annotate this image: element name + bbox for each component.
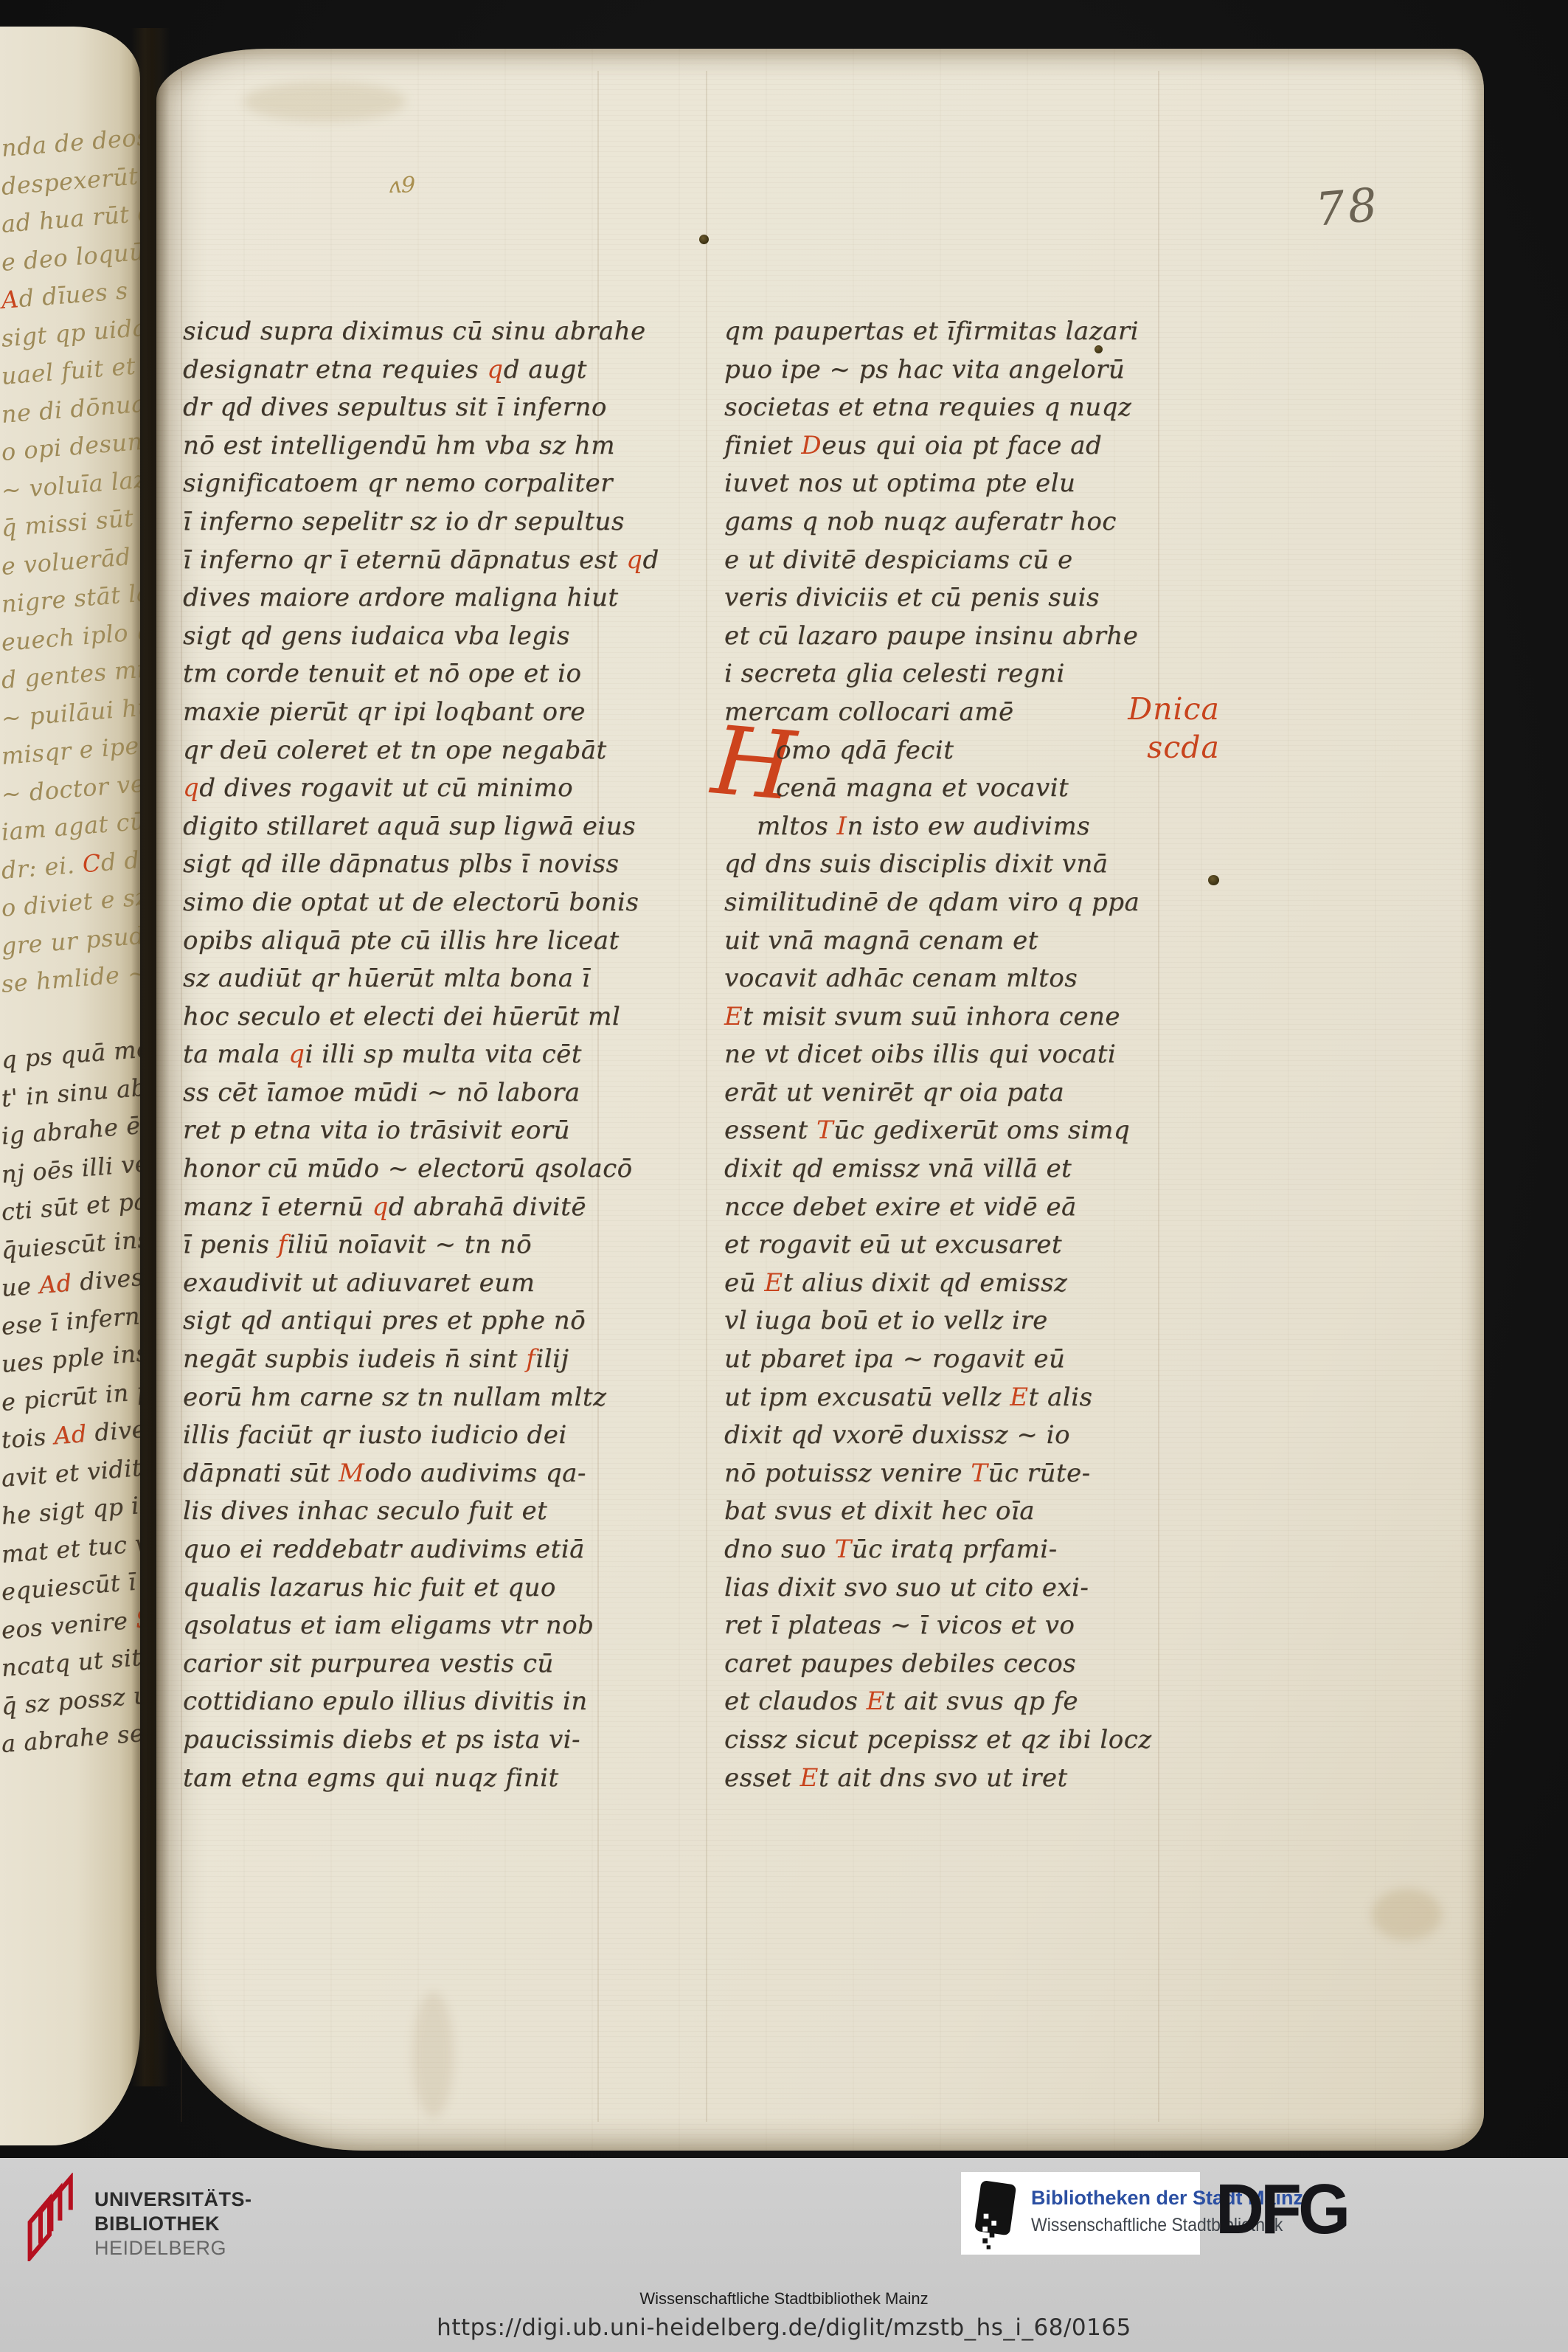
manuscript-line: mltos In isto ew audivims — [724, 808, 1217, 846]
manuscript-line: dixit qd vxorē duxissz ~ io — [724, 1417, 1217, 1455]
book-scan: nda de deos fedespexerūt q̄ad hua rūt et… — [0, 0, 1568, 2158]
manuscript-line: sz audiūt qr hūerūt mlta bona ī — [183, 960, 670, 998]
manuscript-page: ʌ9 78 sicud supra diximus cū sinu abrahe… — [156, 49, 1484, 2151]
manuscript-line: i secreta glia celesti regni — [724, 655, 1217, 694]
manuscript-line: simo die optat ut de electorū bonis — [183, 884, 670, 922]
manuscript-line: dr qd dives sepultus sit ī inferno — [183, 389, 670, 427]
manuscript-line: eū Et alius dixit qd emissz — [724, 1265, 1217, 1303]
manuscript-line: societas et etna requies q nuqz — [724, 389, 1217, 427]
manuscript-line: essent Tūc gedixerūt oms simq — [724, 1112, 1217, 1150]
manuscript-line: caret paupes debiles cecos — [724, 1645, 1217, 1684]
manuscript-line: omo qdā fecitscda — [724, 732, 1217, 770]
manuscript-line: puo ipe ~ ps hac vita angelorū — [724, 351, 1217, 390]
manuscript-line: ret p etna vita io trāsivit eorū — [183, 1112, 670, 1150]
manuscript-line: cissz sicut pcepissz et qz ibi locz — [724, 1721, 1217, 1760]
manuscript-line: esset Et ait dns svo ut iret — [724, 1760, 1217, 1798]
manuscript-line: ut pbaret ipa ~ rogavit eū — [724, 1341, 1217, 1379]
manuscript-line: et claudos Et ait svus qp fe — [724, 1683, 1217, 1721]
manuscript-line: ss cēt īamoe mūdi ~ nō labora — [183, 1074, 670, 1113]
quire-mark: ʌ9 — [389, 173, 415, 198]
manuscript-line: similitudinē de qdam viro q ppa — [724, 884, 1217, 922]
manuscript-line: veris diviciis et cū penis suis — [724, 579, 1217, 618]
stain — [1372, 1889, 1442, 1940]
manuscript-line: lis dives inhac seculo fuit et — [183, 1493, 670, 1531]
manuscript-line: exaudivit ut adiuvaret eum — [183, 1265, 670, 1303]
manuscript-line: ncce debet exire et vidē eā — [724, 1189, 1217, 1227]
manuscript-line: manz ī eternū qd abrahā divitē — [183, 1189, 670, 1227]
manuscript-line: bat svus et dixit hec oīa — [724, 1493, 1217, 1531]
manuscript-line: negāt supbis iudeis n̄ sint filij — [183, 1341, 670, 1379]
manuscript-line: nō est intelligendū hm vba sz hm — [183, 427, 670, 466]
manuscript-line: ret ī plateas ~ ī vicos et vo — [724, 1607, 1217, 1645]
footer-caption: Wissenschaftliche Stadtbibliothek Mainz — [0, 2289, 1568, 2308]
manuscript-line: finiet Deus qui oia pt face ad — [724, 427, 1217, 466]
manuscript-line: ī inferno sepelitr sz io dr sepultus — [183, 503, 670, 542]
manuscript-line: uit vnā magnā cenam et — [724, 922, 1217, 961]
manuscript-line: et rogavit eū ut excusaret — [724, 1226, 1217, 1265]
text-column-right: H qm paupertas et īfirmitas lazaripuo ip… — [724, 313, 1217, 1797]
wormhole — [1208, 875, 1219, 885]
manuscript-line: ī penis filiū noīavit ~ tn nō — [183, 1226, 670, 1265]
manuscript-line: ne vt dicet oibs illis qui vocati — [724, 1036, 1217, 1074]
manuscript-line: ī inferno qr ī eternū dāpnatus est qd — [183, 542, 670, 580]
rubricated-initial: H — [709, 713, 799, 814]
manuscript-line: maxie pierūt qr ipi loqbant ore — [183, 694, 670, 732]
facing-page-edge: nda de deos fedespexerūt q̄ad hua rūt et… — [0, 27, 140, 2145]
manuscript-line: designatr etna requies qd augt — [183, 351, 670, 390]
stain — [413, 1992, 454, 2117]
manuscript-line: qr deū coleret et tn ope negabāt — [183, 732, 670, 770]
footer-bar: UNIVERSITÄTS- BIBLIOTHEK HEIDELBERG Bibl… — [0, 2158, 1568, 2352]
manuscript-line: vl iuga boū et io vellz ire — [724, 1302, 1217, 1341]
manuscript-line: e ut divitē despiciams cū e — [724, 542, 1217, 580]
manuscript-line: illis faciūt qr iusto iudicio dei — [183, 1417, 670, 1455]
ruling-line — [181, 71, 182, 2122]
manuscript-line: quo ei reddebatr audivims etiā — [183, 1531, 670, 1569]
manuscript-line: tam etna egms qui nuqz finit — [183, 1760, 670, 1798]
manuscript-line: mercam collocari amēDnica — [724, 694, 1217, 732]
manuscript-line: dno suo Tūc iratq prfami- — [724, 1531, 1217, 1569]
ubh-line3: HEIDELBERG — [94, 2236, 252, 2261]
ub-heidelberg-wordmark: UNIVERSITÄTS- BIBLIOTHEK HEIDELBERG — [94, 2187, 252, 2261]
stain — [243, 81, 406, 122]
manuscript-line: dives maiore ardore maligna hiut — [183, 579, 670, 618]
wormhole — [699, 235, 709, 244]
manuscript-line: lias dixit svo suo ut cito exi- — [724, 1569, 1217, 1608]
dfg-logo: DFG — [1215, 2174, 1347, 2245]
mainz-library-logo: Bibliotheken der Stadt Mainz Wissenschaf… — [961, 2172, 1200, 2255]
manuscript-line: qd dns suis disciplis dixit vnā — [724, 845, 1217, 884]
manuscript-line: iuvet nos ut optima pte elu — [724, 465, 1217, 503]
manuscript-line: et cū lazaro paupe insinu abrhe — [724, 618, 1217, 656]
manuscript-line: honor cū mūdo ~ electorū qsolacō — [183, 1150, 670, 1189]
manuscript-line: qsolatus et iam eligams vtr nob — [183, 1607, 670, 1645]
manuscript-line: ta mala qi illi sp multa vita cēt — [183, 1036, 670, 1074]
manuscript-line: dāpnati sūt Modo audivims qa- — [183, 1455, 670, 1493]
manuscript-line: gams q nob nuqz auferatr hoc — [724, 503, 1217, 542]
ruling-line — [1158, 71, 1159, 2122]
manuscript-line: significatoem qr nemo corpaliter — [183, 465, 670, 503]
manuscript-line: Et misit svum suū inhora cene — [724, 998, 1217, 1037]
manuscript-line: ut ipm excusatū vellz Et alis — [724, 1379, 1217, 1417]
manuscript-line: sigt qd gens iudaica vba legis — [183, 618, 670, 656]
footer-url: https://digi.ub.uni-heidelberg.de/diglit… — [0, 2314, 1568, 2341]
manuscript-line: qd dives rogavit ut cū minimo — [183, 769, 670, 808]
manuscript-line: digito stillaret aquā sup ligwā eius — [183, 808, 670, 846]
manuscript-line: qm paupertas et īfirmitas lazari — [724, 313, 1217, 351]
text-column-left: sicud supra diximus cū sinu abrahedesign… — [183, 313, 670, 1797]
ub-heidelberg-logo-icon — [22, 2173, 86, 2261]
manuscript-line: opibs aliquā pte cū illis hre liceat — [183, 922, 670, 961]
manuscript-line: carior sit purpurea vestis cū — [183, 1645, 670, 1684]
manuscript-line: vocavit adhāc cenam mltos — [724, 960, 1217, 998]
ruling-line — [597, 71, 599, 2122]
facing-page-text: nda de deos fedespexerūt q̄ad hua rūt et… — [1, 130, 140, 1764]
manuscript-line: sigt qd ille dāpnatus plbs ī noviss — [183, 845, 670, 884]
manuscript-line: erāt ut venirēt qr oia pata — [724, 1074, 1217, 1113]
manuscript-line: qualis lazarus hic fuit et quo — [183, 1569, 670, 1608]
ubh-line2: BIBLIOTHEK — [94, 2212, 252, 2236]
scan-background: nda de deos fedespexerūt q̄ad hua rūt et… — [0, 0, 1568, 2352]
manuscript-line: cenā magna et vocavit — [724, 769, 1217, 808]
book-gutter-shadow — [131, 28, 170, 2086]
manuscript-line: sicud supra diximus cū sinu abrahe — [183, 313, 670, 351]
mainz-book-icon — [970, 2176, 1029, 2253]
ubh-line1: UNIVERSITÄTS- — [94, 2187, 252, 2212]
ruling-line — [706, 71, 707, 2122]
manuscript-line: hoc seculo et electi dei hūerūt ml — [183, 998, 670, 1037]
manuscript-line: dixit qd emissz vnā villā et — [724, 1150, 1217, 1189]
manuscript-line: nō potuissz venire Tūc rūte- — [724, 1455, 1217, 1493]
manuscript-line: cottidiano epulo illius divitis in — [183, 1683, 670, 1721]
rubric: Dnica — [1128, 691, 1220, 729]
folio-number: 78 — [1314, 177, 1382, 236]
manuscript-line: sigt qd antiqui pres et pphe nō — [183, 1302, 670, 1341]
manuscript-line: tm corde tenuit et nō ope et io — [183, 655, 670, 694]
manuscript-line: eorū hm carne sz tn nullam mltz — [183, 1379, 670, 1417]
manuscript-line: paucissimis diebs et ps ista vi- — [183, 1721, 670, 1760]
wormhole — [1095, 345, 1103, 353]
rubric: scda — [1147, 729, 1220, 767]
